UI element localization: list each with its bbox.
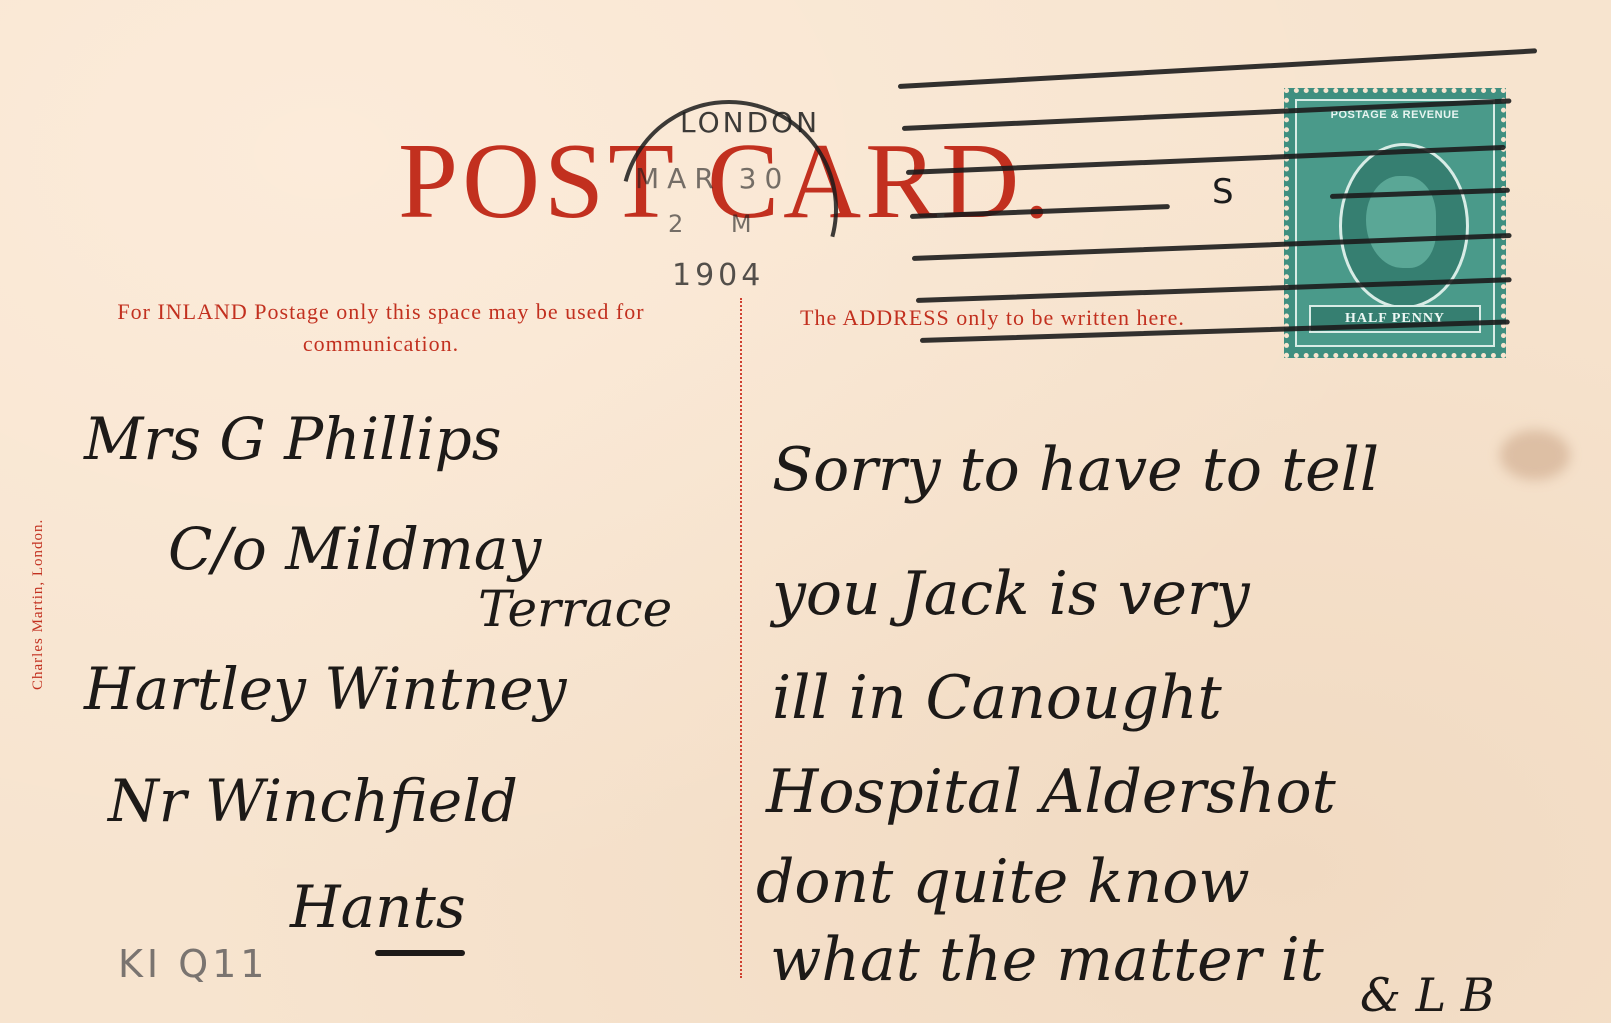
address-underline	[375, 950, 465, 956]
message-line: Sorry to have to tell	[772, 440, 1379, 500]
message-line: dont quite know	[756, 852, 1250, 912]
stain	[1500, 430, 1570, 480]
postmark-town: LONDON	[680, 106, 820, 139]
pencil-note: KI Q11	[118, 942, 268, 986]
message-line: ill in Canought	[772, 668, 1222, 728]
postmark-ring	[580, 60, 878, 358]
address-line: Terrace	[478, 584, 672, 634]
address-line: Hants	[290, 878, 466, 936]
postmark-time: 2 M	[668, 210, 772, 238]
address-line: Nr Winchfield	[108, 772, 518, 830]
message-instruction: For INLAND Postage only this space may b…	[86, 296, 676, 360]
message-line: you Jack is very	[772, 564, 1250, 624]
address-line: Hartley Wintney	[84, 660, 567, 718]
dotted-divider	[740, 298, 742, 978]
signature: & L B	[1360, 972, 1495, 1018]
cancel-mark: S	[1212, 172, 1234, 212]
address-instruction: The ADDRESS only to be written here.	[800, 302, 1185, 334]
postcard-back: POST CARD. For INLAND Postage only this …	[0, 0, 1611, 1023]
message-line: what the matter it	[770, 930, 1324, 990]
cancel-line	[898, 48, 1537, 89]
message-line: Hospital Aldershot	[766, 762, 1336, 822]
postmark-date: MAR 30	[635, 162, 790, 195]
postmark-year: 1904	[672, 258, 764, 293]
publisher-imprint: Charles Martin, London.	[30, 519, 47, 690]
address-line: C/o Mildmay	[168, 520, 541, 578]
half-penny-stamp: POSTAGE & REVENUE HALF PENNY	[1284, 88, 1506, 358]
address-line: Mrs G Phillips	[84, 410, 502, 468]
postmark: LONDON MAR 30 2 M 1904	[600, 100, 850, 320]
stamp-frame: POSTAGE & REVENUE HALF PENNY	[1295, 99, 1495, 347]
